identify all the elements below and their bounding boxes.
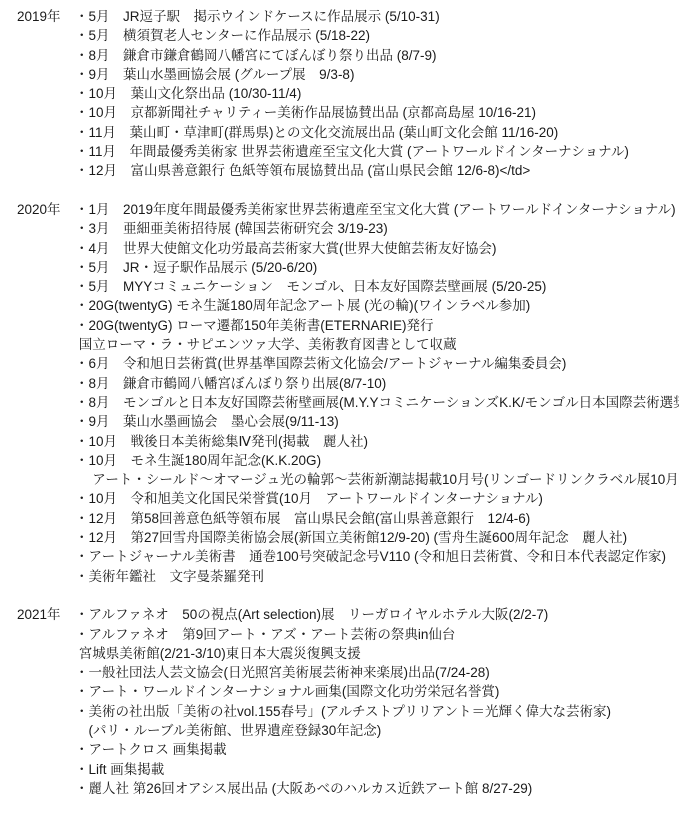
entry-line: 宮城県美術館(2/21-3/10)東日本大震災復興支援 — [75, 644, 679, 663]
entry-line: ・アルファネオ 50の視点(Art selection)展 リーガロイヤルホテル… — [75, 605, 679, 624]
entry-line: ・Lift 画集掲載 — [75, 760, 679, 779]
year-section: 2021年 ・アルファネオ 50の視点(Art selection)展 リーガロ… — [17, 605, 679, 798]
year-label: 2020年 — [17, 200, 75, 219]
entry-line: ・5月 MYYコミュニケーション モンゴル、日本友好国際芸壁画展 (5/20-2… — [75, 277, 679, 296]
entry-line: ・11月 葉山町・草津町(群馬県)との文化交流展出品 (葉山町文化会館 11/1… — [75, 123, 679, 142]
entry-line: ・10月 モネ生誕180周年記念(K.K.20G) — [75, 451, 679, 470]
entry-line: ・アート・ワールドインターナショナル画集(国際文化功労栄冠名誉賞) — [75, 682, 679, 701]
entry-line: ・美術年鑑社 文字曼荼羅発刊 — [75, 567, 679, 586]
entry-line: ・11月 年間最優秀美術家 世界芸術遺産至宝文化大賞 (アートワールドインターナ… — [75, 142, 679, 161]
entry-line: ・麗人社 第26回オアシス展出品 (大阪あべのハルカス近鉄アート館 8/27-2… — [75, 779, 679, 798]
entry-line: ・9月 葉山水墨画協会 墨心会展(9/11-13) — [75, 412, 679, 431]
entry-line: (パリ・ルーブル美術館、世界遺産登録30年記念) — [75, 721, 679, 740]
entry-line: ・20G(twentyG) ローマ遷都150年美術書(ETERNARIE)発行 — [75, 316, 679, 335]
entry-line: ・4月 世界大使館文化功労最高芸術家大賞(世界大使館芸術友好協会) — [75, 239, 679, 258]
year-section: 2020年 ・1月 2019年度年間最優秀美術家世界芸術遺産至宝文化大賞 (アー… — [17, 200, 679, 586]
entry-line: ・アルファネオ 第9回アート・アズ・アート芸術の祭典in仙台 — [75, 625, 679, 644]
entry-line: ・10月 令和旭美文化国民栄誉賞(10月 アートワールドインターナショナル) — [75, 489, 679, 508]
entry-line: ・10月 葉山文化祭出品 (10/30-11/4) — [75, 84, 679, 103]
year-sections: 2019年 ・5月 JR逗子駅 掲示ウインドケースに作品展示 (5/10-31)… — [17, 7, 679, 798]
entry-line: ・美術の社出版「美術の社vol.155春号」(アルチストプリリアント＝光輝く偉大… — [75, 702, 679, 721]
entry-line: ・アートジャーナル美術書 通巻100号突破記念号V110 (令和旭日芸術賞、令和… — [75, 547, 679, 566]
entry-list: ・1月 2019年度年間最優秀美術家世界芸術遺産至宝文化大賞 (アートワールドイ… — [75, 200, 679, 586]
entry-line: ・10月 京都新聞社チャリティー美術作品展協賛出品 (京都高島屋 10/16-2… — [75, 103, 679, 122]
entry-line: ・一般社団法人芸文協会(日光照宮美術展芸術神来楽展)出品(7/24-28) — [75, 663, 679, 682]
year-section: 2019年 ・5月 JR逗子駅 掲示ウインドケースに作品展示 (5/10-31)… — [17, 7, 679, 181]
entry-line: ・20G(twentyG) モネ生誕180周年記念アート展 (光の輪)(ワインラ… — [75, 296, 679, 315]
entry-line: 国立ローマ・ラ・サピエンツァ大学、美術教育図書として収蔵 — [75, 335, 679, 354]
entry-line: ・3月 亜細亜美術招待展 (韓国芸術研究会 3/19-23) — [75, 219, 679, 238]
entry-line: アート・シールド～オマージュ光の輪郭～芸術新潮誌掲載10月号(リンゴードリンクラ… — [75, 470, 679, 489]
entry-line: ・5月 JR・逗子駅作品展示 (5/20-6/20) — [75, 258, 679, 277]
entry-line: ・アートクロス 画集掲載 — [75, 740, 679, 759]
entry-list: ・アルファネオ 50の視点(Art selection)展 リーガロイヤルホテル… — [75, 605, 679, 798]
entry-line: ・12月 第58回善意色紙等領布展 富山県民会館(富山県善意銀行 12/4-6) — [75, 509, 679, 528]
entry-line: ・10月 戦後日本美術総集Ⅳ発刊(掲載 麗人社) — [75, 432, 679, 451]
entry-line: ・8月 鎌倉市鎌倉鶴岡八幡宮にてぼんぼり祭り出品 (8/7-9) — [75, 46, 679, 65]
entry-line: ・5月 JR逗子駅 掲示ウインドケースに作品展示 (5/10-31) — [75, 7, 679, 26]
entry-line: ・12月 富山県善意銀行 色紙等領布展協賛出品 (富山県民会館 12/6-8)<… — [75, 161, 679, 180]
exhibition-history-page: 2019年 ・5月 JR逗子駅 掲示ウインドケースに作品展示 (5/10-31)… — [0, 0, 679, 813]
year-label: 2021年 — [17, 605, 75, 624]
entry-line: ・5月 横須賀老人センターに作品展示 (5/18-22) — [75, 26, 679, 45]
entry-line: ・9月 葉山水墨画協会展 (グループ展 9/3-8) — [75, 65, 679, 84]
entry-line: ・8月 モンゴルと日本友好国際芸術壁画展(M.Y.YコミニケーションズK.K/モ… — [75, 393, 679, 412]
entry-list: ・5月 JR逗子駅 掲示ウインドケースに作品展示 (5/10-31)・5月 横須… — [75, 7, 679, 181]
entry-line: ・1月 2019年度年間最優秀美術家世界芸術遺産至宝文化大賞 (アートワールドイ… — [75, 200, 679, 219]
entry-line: ・12月 第27回雪舟国際美術協会展(新国立美術館12/9-20) (雪舟生誕6… — [75, 528, 679, 547]
year-label: 2019年 — [17, 7, 75, 26]
entry-line: ・6月 令和旭日芸術賞(世界基準国際芸術文化協会/アートジャーナル編集委員会) — [75, 354, 679, 373]
entry-line: ・8月 鎌倉市鶴岡八幡宮ぼんぼり祭り出展(8/7-10) — [75, 374, 679, 393]
